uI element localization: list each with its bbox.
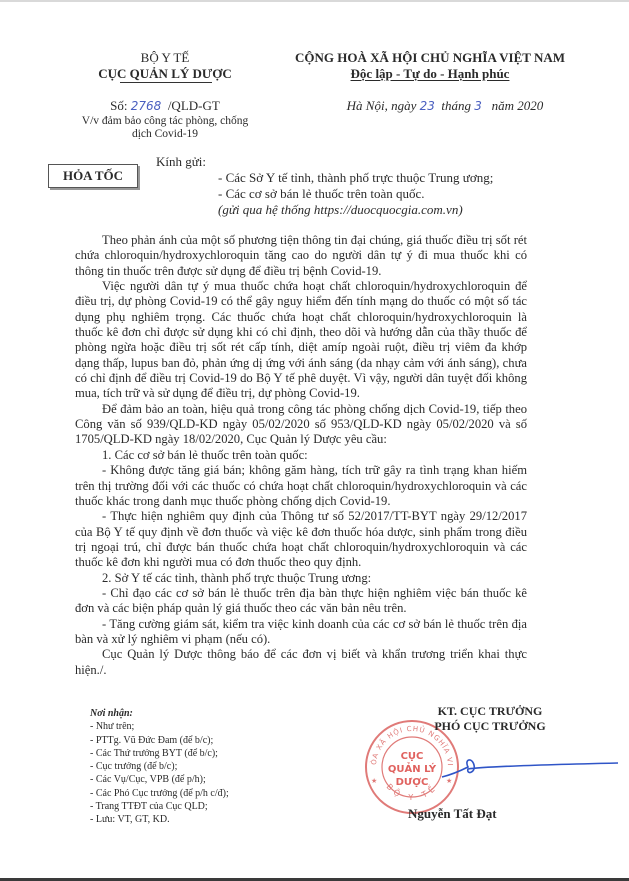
body-paragraph: - Chỉ đạo các cơ sở bán lẻ thuốc trên đị… (75, 586, 527, 617)
date-day: 23 (420, 99, 435, 113)
greeting: Kính gửi: (156, 154, 206, 170)
body-paragraph: Để đảm bảo an toàn, hiệu quả trong công … (75, 402, 527, 448)
signature-title-line-1: KT. CỤC TRƯỞNG (390, 704, 590, 719)
date-place: Hà Nội, ngày (347, 98, 417, 113)
addressee-item: - Các cơ sở bán lẻ thuốc trên toàn quốc. (218, 186, 493, 202)
document-body: Theo phản ánh của một số phương tiện thô… (75, 233, 527, 678)
recipient-item: - Cục trưởng (để b/c); (90, 760, 229, 773)
national-title: CỘNG HOÀ XÃ HỘI CHỦ NGHĨA VIỆT NAM (250, 50, 610, 66)
ministry-name: BỘ Y TẾ (55, 50, 275, 66)
body-paragraph: Việc người dân tự ý mua thuốc chứa hoạt … (75, 279, 527, 402)
date-year: năm 2020 (492, 98, 544, 113)
urgency-badge: HỎA TỐC (48, 164, 138, 188)
svg-text:★: ★ (371, 777, 377, 785)
body-paragraph: - Tăng cường giám sát, kiểm tra việc kin… (75, 617, 527, 648)
body-paragraph: 1. Các cơ sở bán lẻ thuốc trên toàn quốc… (75, 448, 527, 463)
recipients-list: Nơi nhận: - Như trên; - PTTg. Vũ Đức Đam… (90, 707, 229, 827)
body-paragraph: Theo phản ánh của một số phương tiện thô… (75, 233, 527, 279)
subject-line-1: V/v đảm bảo công tác phòng, chống (65, 115, 265, 128)
doc-number-suffix: /QLD-GT (168, 98, 220, 113)
delivery-note: (gửi qua hệ thống https://duocquocgia.co… (218, 202, 493, 218)
addressee-list: - Các Sở Y tế tỉnh, thành phố trực thuộc… (218, 170, 493, 218)
addressee-item: - Các Sở Y tế tỉnh, thành phố trực thuộc… (218, 170, 493, 186)
agency-name: CỤC QUẢN LÝ DƯỢC (55, 66, 275, 82)
recipient-item: - Trang TTĐT của Cục QLD; (90, 800, 229, 813)
recipient-item: - Lưu: VT, GT, KD. (90, 813, 229, 826)
recipient-item: - PTTg. Vũ Đức Đam (để b/c); (90, 734, 229, 747)
recipient-item: - Các Thứ trưởng BYT (để b/c); (90, 747, 229, 760)
agency-underline (120, 82, 212, 83)
page-top-edge (0, 0, 629, 2)
recipient-item: - Các Phó Cục trưởng (để p/h c/đ); (90, 787, 229, 800)
subject-line: V/v đảm bảo công tác phòng, chống dịch C… (65, 115, 265, 141)
date-month-label: tháng (441, 98, 471, 113)
body-paragraph: 2. Sở Y tế các tỉnh, thành phố trực thuộ… (75, 571, 527, 586)
signer-name: Nguyễn Tất Đạt (408, 806, 497, 822)
body-paragraph: - Thực hiện nghiêm quy định của Thông tư… (75, 509, 527, 570)
date-month: 3 (474, 99, 482, 113)
subject-line-2: dịch Covid-19 (65, 128, 265, 141)
document-number: Số: 2768 /QLD-GT (55, 98, 275, 114)
doc-number-prefix: Số: (110, 98, 127, 113)
signature-title: KT. CỤC TRƯỞNG PHÓ CỤC TRƯỞNG (390, 704, 590, 734)
signature-title-line-2: PHÓ CỤC TRƯỞNG (390, 719, 590, 734)
motto-text: Độc lập - Tự do - Hạnh phúc (351, 66, 510, 81)
national-motto: Độc lập - Tự do - Hạnh phúc (250, 66, 610, 82)
recipient-item: - Các Vụ/Cục, VPB (để p/h); (90, 773, 229, 786)
date-line: Hà Nội, ngày 23 tháng 3 năm 2020 (280, 98, 610, 114)
body-paragraph: Cục Quản lý Dược thông báo để các đơn vị… (75, 647, 527, 678)
body-paragraph: - Không được tăng giá bán; không găm hàn… (75, 463, 527, 509)
svg-text:QUẢN LÝ: QUẢN LÝ (388, 761, 437, 775)
handwritten-signature-icon (440, 755, 620, 785)
svg-text:CỤC: CỤC (401, 751, 424, 762)
recipient-item: - Như trên; (90, 720, 229, 733)
recipients-title: Nơi nhận: (90, 707, 229, 720)
svg-text:DƯỢC: DƯỢC (396, 777, 429, 788)
doc-number-handwritten: 2768 (131, 99, 162, 113)
